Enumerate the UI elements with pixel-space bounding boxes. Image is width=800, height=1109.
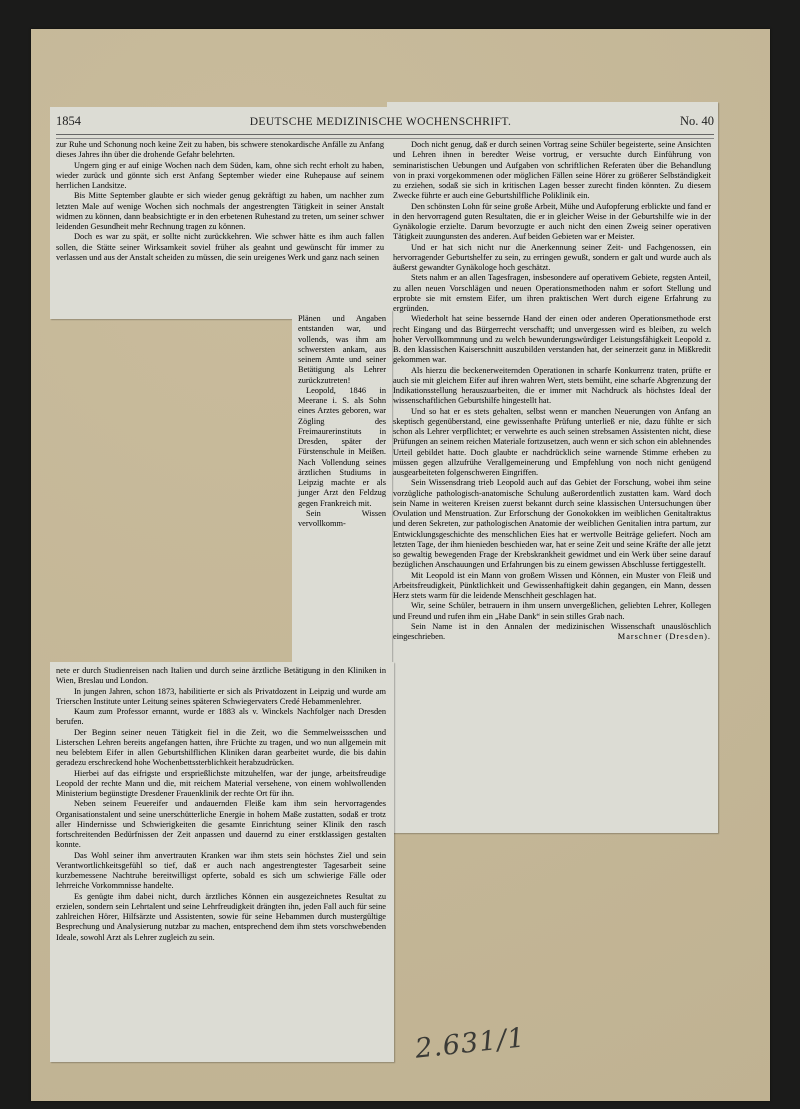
page-number: 1854: [56, 114, 81, 129]
paragraph: Es genügte ihm dabei nicht, durch ärztli…: [56, 892, 386, 943]
left-column-bottom: nete er durch Studienreisen nach Italien…: [56, 666, 386, 943]
right-column: Doch nicht genug, daß er durch seinen Vo…: [393, 140, 711, 642]
left-column-narrow: Plänen und Angaben entstanden war, und v…: [298, 314, 386, 529]
page-header: 1854 DEUTSCHE MEDIZINISCHE WOCHENSCHRIFT…: [56, 114, 714, 134]
paragraph: Und er hat sich nicht nur die Anerkennun…: [393, 243, 711, 274]
paragraph: Sein Wissensdrang trieb Leopold auch auf…: [393, 478, 711, 570]
paragraph: Ungern ging er auf einige Wochen nach de…: [56, 161, 384, 192]
issue-number: No. 40: [680, 114, 714, 129]
paragraph: Mit Leopold ist ein Mann von großem Wiss…: [393, 571, 711, 602]
paragraph: Wiederholt hat seine bessernde Hand der …: [393, 314, 711, 365]
left-column-top: zur Ruhe und Schonung noch keine Zeit zu…: [56, 140, 384, 263]
header-rule: [56, 134, 714, 139]
paragraph: Neben seinem Feuereifer und andauernden …: [56, 799, 386, 850]
paragraph: Doch es war zu spät, er sollte nicht zur…: [56, 232, 384, 263]
paragraph: Kaum zum Professor ernannt, wurde er 188…: [56, 707, 386, 728]
paragraph: Sein Name ist in den Annalen der medizin…: [393, 622, 711, 643]
paragraph: Leopold, 1846 in Meerane i. S. als Sohn …: [298, 386, 386, 509]
paragraph: Hierbei auf das eifrigste und ersprießli…: [56, 769, 386, 800]
paragraph: Sein Wissen vervollkomm-: [298, 509, 386, 530]
paragraph: Als hierzu die beckenerweiternden Operat…: [393, 366, 711, 407]
paragraph: Der Beginn seiner neuen Tätigkeit fiel i…: [56, 728, 386, 769]
author-signature: Marschner (Dresden).: [600, 632, 711, 642]
paragraph: Das Wohl seiner ihm anvertrauten Kranken…: [56, 851, 386, 892]
journal-title: DEUTSCHE MEDIZINISCHE WOCHENSCHRIFT.: [250, 116, 512, 128]
paragraph: zur Ruhe und Schonung noch keine Zeit zu…: [56, 140, 384, 161]
paragraph: Bis Mitte September glaubte er sich wied…: [56, 191, 384, 232]
paragraph: Und so hat er es stets gehalten, selbst …: [393, 407, 711, 479]
paragraph: Plänen und Angaben entstanden war, und v…: [298, 314, 386, 386]
paragraph: Den schönsten Lohn für seine große Arbei…: [393, 202, 711, 243]
paragraph: Stets nahm er an allen Tagesfragen, insb…: [393, 273, 711, 314]
paragraph: In jungen Jahren, schon 1873, habilitier…: [56, 687, 386, 708]
paragraph: nete er durch Studienreisen nach Italien…: [56, 666, 386, 687]
paragraph: Wir, seine Schüler, betrauern in ihm uns…: [393, 601, 711, 622]
paragraph: Doch nicht genug, daß er durch seinen Vo…: [393, 140, 711, 202]
